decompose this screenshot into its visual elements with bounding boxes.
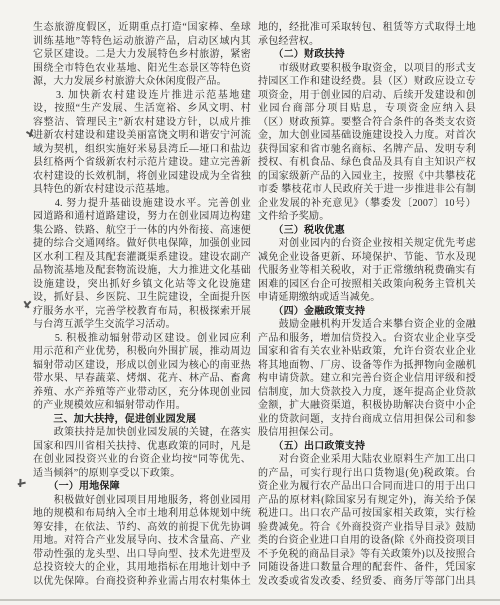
text-line: 国家和四川省相关扶持、优惠政策的同时，凡是 — [33, 440, 251, 454]
text-line: 文件给予奖励。 — [258, 210, 476, 224]
text-line: 积极做好创业园项目用地服务，将创业园用 — [33, 494, 251, 508]
text-line: 带水果、早春蔬菜、烤烟、花卉、林产品、畜禽 — [33, 372, 251, 386]
text-line: 验费减免。符合《外商投资产业指导目录》鼓励 — [258, 521, 476, 535]
section-heading: （五）出口政策支持 — [258, 440, 476, 454]
text-line: 企业发展的补充意见》（攀委发〔2007〕10号） — [258, 197, 476, 211]
text-line: 对台资企业采用大陆农业原料生产加工出口 — [258, 453, 476, 467]
text-line: 进新农村建设和建设美丽富饶文明和谐安宁河流 — [33, 129, 251, 143]
text-line: 不予免税的商品目录》等有关政策外)以及按照合 — [258, 548, 476, 562]
text-line: 申请延期缴纳或适当减免。 — [258, 291, 476, 305]
text-line: 项资金，用于创业园的启动、后续开发建设和创 — [258, 89, 476, 103]
text-line: 市委 攀枝花市人民政府关于进一步推进非公有制 — [258, 183, 476, 197]
text-line: 用地。对符合产业发展导向、技术含量高、产业 — [33, 534, 251, 548]
text-line: 疗服务水平，完善学校教育布局，积极探索开展 — [33, 305, 251, 319]
text-line: 同随设备进口数量合理的配套件、备件，凭国家 — [258, 561, 476, 575]
text-columns: 生态旅游度假区，近期重点打造“国家棒、垒球训练基地”等特色运动旅游产品，启动区域… — [33, 21, 476, 588]
text-line: 构申请贷款。建立和完善台资企业信用评级和授 — [258, 372, 476, 386]
text-line: 国家和省有关农业补贴政策，允许台资农业企业 — [258, 345, 476, 359]
text-line: 持园区工作和建设经费。县（区）财政应设立专 — [258, 75, 476, 89]
text-line: 金，加大创业园基础设施建设投入力度。对首次 — [258, 129, 476, 143]
text-line: 辐射带动区建设，形成以创业园为核心的南亚热 — [33, 359, 251, 373]
text-line: 减免企业设备更新、环境保护、节能、节水及现 — [258, 251, 476, 265]
text-line: 适当倾斜”的原则享受以下政策。 — [33, 467, 251, 481]
text-line: 产品的原材料(除国家另有规定外)，海关给予保 — [258, 494, 476, 508]
text-line: 鼓励金融机构开发适合来攀台资企业的金融 — [258, 318, 476, 332]
text-line: 获得国家和省市驰名商标、名牌产品、发明专利 — [258, 143, 476, 157]
section-heading: （二）财政扶持 — [258, 48, 476, 62]
text-line: 县红格两个省级新农村示范片建设。建立完善新 — [33, 156, 251, 170]
pen-tick-mark-icon — [16, 477, 27, 489]
text-line: （区）财政预算。要整合符合条件的各类支农资 — [258, 116, 476, 130]
page-bottom-edge — [0, 599, 500, 601]
text-line: 对创业园内的台资企业按相关规定优先考虑 — [258, 237, 476, 251]
text-line: 市级财政要积极争取资金，以项目的形式支 — [258, 62, 476, 76]
text-line: 容整洁、管理民主”新农村建设方针，以成片推 — [33, 116, 251, 130]
text-line: 产品和服务，增加信贷投入。台资农业企业享受 — [258, 332, 476, 346]
text-line: 5. 积极推动辐射带动区建设。创业园应利 — [33, 332, 251, 346]
text-line: 股信用担保公司。 — [258, 426, 476, 440]
text-line: 生态旅游度假区，近期重点打造“国家棒、垒球 — [33, 21, 251, 35]
text-line: 与台湾互派学生交流学习活动。 — [33, 318, 251, 332]
text-column-right: 地的，经批准可采取转包、租赁等方式取得土地承包经营权。 （二）财政扶持 市级财政… — [258, 21, 476, 588]
text-line: 它景区建设。二是大力发展特色乡村旅游，紧密 — [33, 48, 251, 62]
text-line: 筹安排，在依法、节约、高效的前提下优先协调 — [33, 521, 251, 535]
text-line: 养殖、水产养殖等产业带动区，充分体现创业园 — [33, 386, 251, 400]
text-line: 金额，扩大融资渠道，积极协助解决台资中小企 — [258, 399, 476, 413]
text-line: 授权、有机食品、绿色食品及具有自主知识产权 — [258, 156, 476, 170]
text-line: 带动性强的龙头型、出口导向型、技术先进型及 — [33, 548, 251, 562]
text-line: 信制度，加大贷款投入力度，逐年提高企业贷款 — [258, 386, 476, 400]
text-line: 设施建设，突出抓好乡镇文化站等文化设施建 — [33, 278, 251, 292]
text-line: 设，抓好县、乡医院、卫生院建设，全面提升医 — [33, 291, 251, 305]
text-line: 的产业规模效应和辐射带动作用。 — [33, 399, 251, 413]
text-line: 围绕全市特色农业基地、阳光生态景区等特色资 — [33, 62, 251, 76]
text-line: 园道路和通村道路建设，努力在创业园周边构建 — [33, 210, 251, 224]
text-line: 业园台商部分项目贴息，专项资金应纳入县 — [258, 102, 476, 116]
text-column-left: 生态旅游度假区，近期重点打造“国家棒、垒球训练基地”等特色运动旅游产品，启动区域… — [33, 21, 251, 588]
text-line: 域为契机，组织实施好米易县湾丘—垭口和盐边 — [33, 143, 251, 157]
text-line: 业的贷款问题，支持台商成立信用担保公司和参 — [258, 413, 476, 427]
text-line: 农村建设的长效机制，将创业园建设成为全省独 — [33, 170, 251, 184]
text-line: 以优先保障。台商投资种养业需占用农村集体土 — [33, 575, 251, 589]
text-line: 4. 努力提升基础设施建设水平。完善创业 — [33, 197, 251, 211]
text-line: 3. 加快新农村建设连片推进示范基地建 — [33, 89, 251, 103]
section-heading: （一）用地保障 — [33, 480, 251, 494]
text-line: 将其地面物、厂房、设备等作为抵押物向金融机 — [258, 359, 476, 373]
text-line: 在创业园投资兴业的台资企业均按“同等优先、 — [33, 453, 251, 467]
pen-tick-mark-icon — [26, 129, 35, 137]
text-line: 地的规模和布局纳入全市土地利用总体规划中统 — [33, 507, 251, 521]
text-line: 资企业为履行农产品出口合同而进口的用于出口 — [258, 480, 476, 494]
text-line: 用示范和产业优势，积极向外围扩展，推动周边 — [33, 345, 251, 359]
text-line: 税进口。出口农产品可按国家相关政策，实行检 — [258, 507, 476, 521]
text-line: 具特色的新农村建设示范基地。 — [33, 183, 251, 197]
text-line: 发改委或省发改委、经贸委、商务厅等部门出具 — [258, 575, 476, 589]
text-line: 代服务业等相关税收，对于正常缴纳税费确实有 — [258, 264, 476, 278]
text-line: 集公路、铁路、航空于一体的内外衔接、高速便 — [33, 224, 251, 238]
document-page: 生态旅游度假区，近期重点打造“国家棒、垒球训练基地”等特色运动旅游产品，启动区域… — [0, 0, 500, 605]
section-heading: 三、加大扶持，促进创业园发展 — [33, 413, 251, 427]
text-line: 地的，经批准可采取转包、租赁等方式取得土地 — [258, 21, 476, 35]
text-line: 品物流基地及配套物流设施，大力推进文化基础 — [33, 264, 251, 278]
section-heading: （四）金融政策支持 — [258, 305, 476, 319]
text-line: 的产品，可实行现行出口货物退(免)税政策。台 — [258, 467, 476, 481]
text-line: 总投资较大的企业，其用地指标在用地计划中予 — [33, 561, 251, 575]
section-heading: （三）税收优惠 — [258, 224, 476, 238]
text-line: 设，按照“生产发展、生活宽裕、乡风文明、村 — [33, 102, 251, 116]
text-line: 类的台资企业进口自用的设备(除《外商投资项目 — [258, 534, 476, 548]
text-line: 承包经营权。 — [258, 35, 476, 49]
text-line: 捷的综合交通网络。做好供电保障，加强创业园 — [33, 237, 251, 251]
text-line: 的国家级新产品的入园业主，按照《中共攀枝花 — [258, 170, 476, 184]
text-line: 训练基地”等特色运动旅游产品，启动区域内其 — [33, 35, 251, 49]
text-line: 源，大力发展乡村旅游大众休闲度假产品。 — [33, 75, 251, 89]
pen-tick-mark-icon — [22, 298, 34, 309]
text-line: 政策扶持是加快创业园发展的关键，在落实 — [33, 426, 251, 440]
text-line: 区水利工程及其配套灌溉渠系建设。建设农副产 — [33, 251, 251, 265]
text-line: 困难的园区台企可按照相关政策向税务主管机关 — [258, 278, 476, 292]
